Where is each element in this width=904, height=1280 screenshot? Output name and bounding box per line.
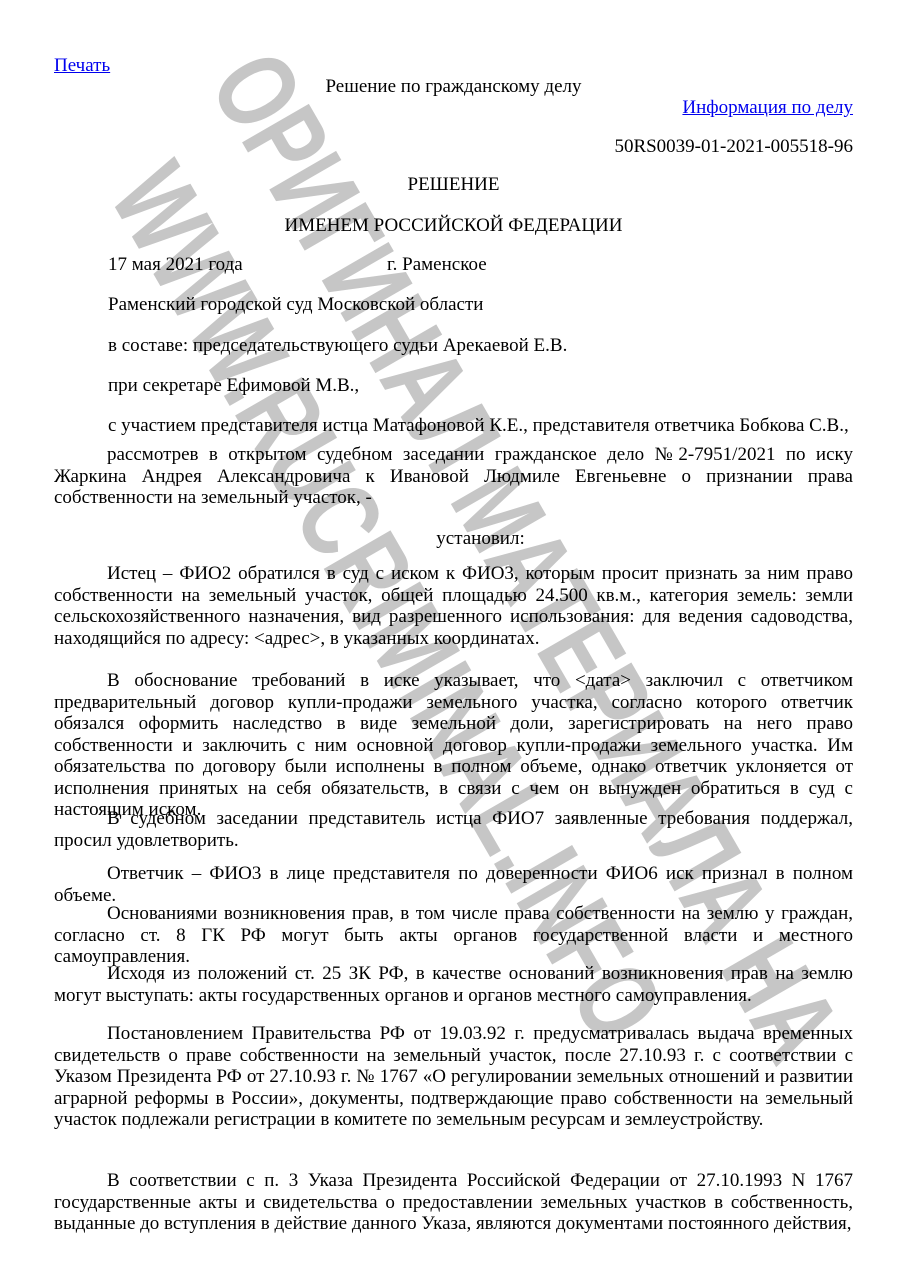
court-secretary: при секретаре Ефимовой М.В., [54,375,853,397]
case-number: 50RS0039-01-2021-005518-96 [54,136,853,158]
court-composition: в составе: председательствующего судьи А… [54,335,853,357]
in-the-name-heading: ИМЕНЕМ РОССИЙСКОЙ ФЕДЕРАЦИИ [54,215,853,237]
case-info-link-row: Информация по делу [54,97,853,119]
decision-city: г. Раменское [387,254,487,276]
body-paragraph: Ответчик – ФИО3 в лице представителя по … [54,863,853,906]
body-paragraph: В обоснование требований в иске указывае… [54,670,853,821]
print-link[interactable]: Печать [54,55,110,76]
body-paragraph: Истец – ФИО2 обратился в суд с иском к Ф… [54,563,853,649]
court-decision-page: ОРИГИНАЛ МАТЕРИАЛА НА WWW.RUCRIMINAL.INF… [0,0,904,1280]
ustanovil-heading: установил: [54,528,853,550]
date-line: 17 мая 2021 года г. Раменское [54,254,853,276]
document-content: Печать Решение по гражданскому делу Инфо… [0,0,904,1280]
body-paragraph: Исходя из положений ст. 25 ЗК РФ, в каче… [54,963,853,1006]
decision-heading: РЕШЕНИЕ [54,174,853,196]
page-title: Решение по гражданскому делу [54,76,853,98]
court-name: Раменский городской суд Московской облас… [54,294,853,316]
participants-line: с участием представителя истца Матафонов… [54,415,853,437]
body-paragraph: В судебном заседании представитель истца… [54,808,853,851]
decision-date: 17 мая 2021 года [54,254,243,275]
body-paragraph: Постановлением Правительства РФ от 19.03… [54,1023,853,1131]
body-paragraph: Основаниями возникновения прав, в том чи… [54,903,853,968]
print-link-row: Печать [54,55,853,77]
body-paragraph: В соответствии с п. 3 Указа Президента Р… [54,1170,853,1235]
case-review-paragraph: рассмотрев в открытом судебном заседании… [54,444,853,509]
case-info-link[interactable]: Информация по делу [682,97,853,118]
